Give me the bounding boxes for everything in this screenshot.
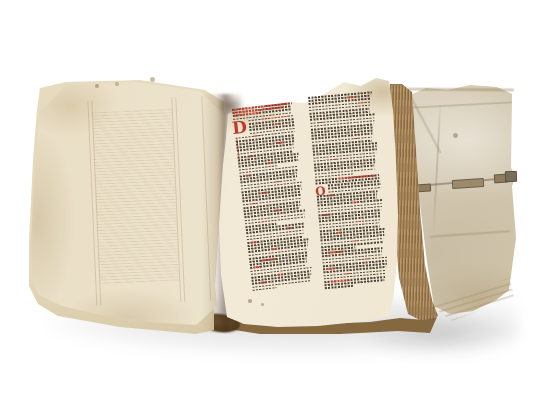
stain-specks bbox=[0, 0, 555, 416]
stain-speck bbox=[453, 133, 458, 138]
manuscript-photo: D O bbox=[0, 0, 555, 416]
stain-speck bbox=[150, 77, 155, 82]
stain-speck bbox=[248, 299, 252, 303]
stain-speck bbox=[115, 82, 119, 86]
stain-speck bbox=[261, 303, 264, 306]
stain-speck bbox=[95, 84, 99, 88]
